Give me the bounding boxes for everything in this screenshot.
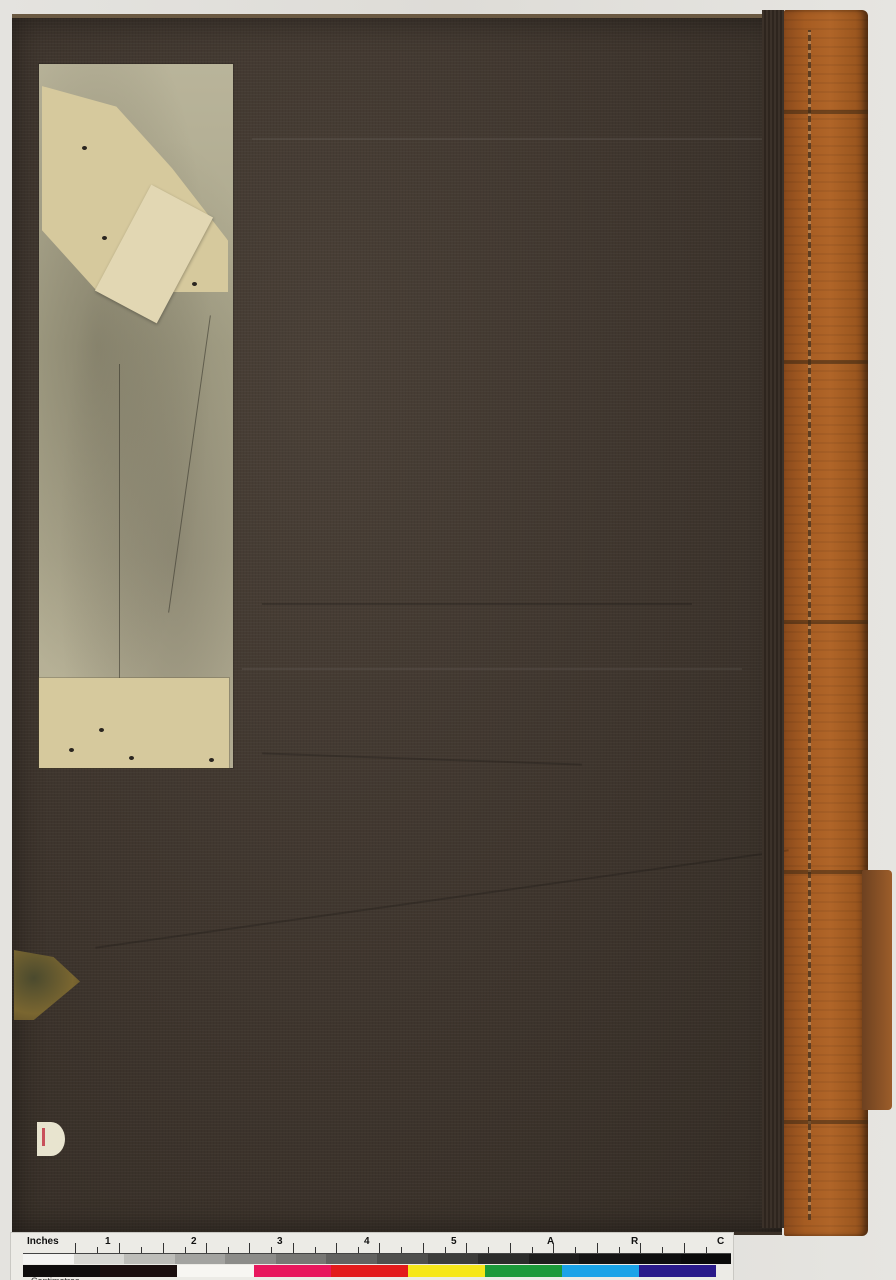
cover-crease <box>242 668 742 670</box>
color-patch-black <box>23 1265 100 1277</box>
color-patch-blue <box>639 1265 716 1277</box>
color-calibration-scale: Inches 1 2 3 4 5 A R C <box>10 1232 734 1280</box>
spine-band <box>784 1120 868 1124</box>
color-patch-red <box>331 1265 408 1277</box>
ink-fleck <box>129 756 134 760</box>
color-patch-magenta <box>254 1265 331 1277</box>
ink-fleck <box>192 282 197 286</box>
grey-step <box>175 1254 226 1264</box>
grey-step <box>478 1254 529 1264</box>
grey-step <box>326 1254 377 1264</box>
grey-step <box>377 1254 428 1264</box>
ruler-mark: 5 <box>451 1236 457 1247</box>
grey-step <box>428 1254 479 1264</box>
spine-band <box>784 870 868 874</box>
cover-crease <box>262 752 582 765</box>
cover-crease <box>95 849 788 948</box>
spine-band <box>784 360 868 364</box>
torn-spine-flap <box>862 870 892 1110</box>
ink-fleck <box>69 748 74 752</box>
grey-step <box>276 1254 327 1264</box>
grey-step <box>630 1254 681 1264</box>
spine-stitching <box>808 30 811 1220</box>
grey-step-wedge <box>23 1254 731 1264</box>
ruler-mark: 3 <box>277 1236 283 1247</box>
ruler-mark: 2 <box>191 1236 197 1247</box>
title-label <box>39 64 233 768</box>
color-patch-dark-brown <box>100 1265 177 1277</box>
color-patch-white <box>177 1265 254 1277</box>
grey-step <box>74 1254 125 1264</box>
ruler-mark: 1 <box>105 1236 111 1247</box>
spine-band <box>784 620 868 624</box>
tag-mark <box>42 1128 45 1146</box>
grey-step <box>529 1254 580 1264</box>
ink-fleck <box>99 728 104 732</box>
spine-band <box>784 110 868 114</box>
ruler-mark: C <box>717 1236 724 1247</box>
paper-patch-bottom <box>39 678 229 768</box>
library-tag <box>37 1122 65 1156</box>
ink-fleck <box>82 146 87 150</box>
book-spine <box>784 10 868 1236</box>
color-patch-green <box>485 1265 562 1277</box>
ink-fleck <box>209 758 214 762</box>
ruler-mark: 4 <box>364 1236 370 1247</box>
cover-crease <box>252 138 772 140</box>
inch-ruler: Inches 1 2 3 4 5 A R C <box>23 1233 731 1254</box>
grey-step <box>579 1254 630 1264</box>
label-crack <box>119 364 120 724</box>
cover-crease <box>262 603 692 605</box>
color-patch-yellow <box>408 1265 485 1277</box>
color-patches <box>23 1265 731 1277</box>
ruler-mark: R <box>631 1236 638 1247</box>
ruler-units-label: Inches <box>27 1236 59 1247</box>
label-crack <box>168 315 211 612</box>
color-patch-cyan <box>562 1265 639 1277</box>
ink-fleck <box>102 236 107 240</box>
grey-step <box>23 1254 74 1264</box>
cover-hinge <box>762 10 784 1228</box>
grey-step <box>681 1254 732 1264</box>
grey-step <box>124 1254 175 1264</box>
grey-step <box>225 1254 276 1264</box>
